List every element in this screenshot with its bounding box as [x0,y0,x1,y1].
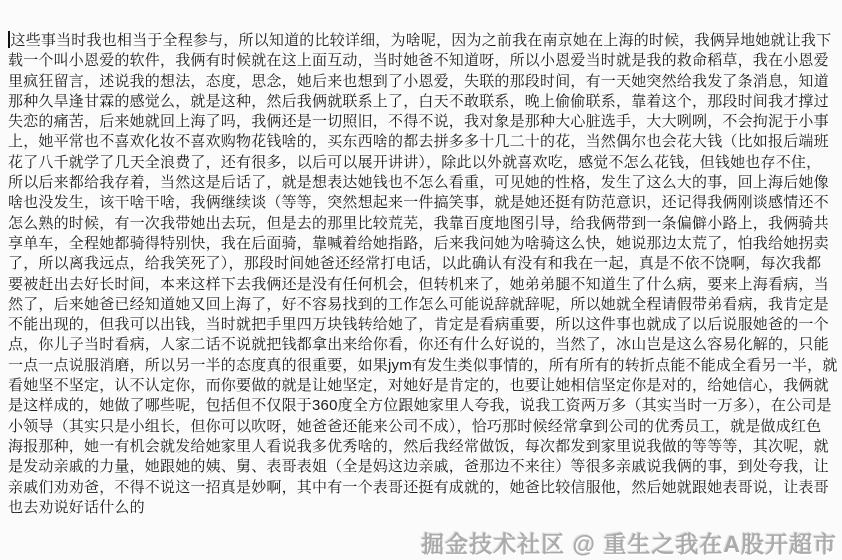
text-cursor [8,31,10,48]
text-line: 里疯狂留言，述说我的想法，态度，思念，她后来也想到了小恩爱，失联的那段时间，有一… [8,72,838,92]
text-line: 然了，后来她爸已经知道她又回上海了，好不容易找到的工作怎么可能说辞就辞呢，所以她… [8,295,838,315]
text-line: 享单车，全程她都骑得特别快，我在后面骑，靠喊着给她指路，后来我问她为啥骑这么快，… [8,234,838,254]
text-line: 所以后来都给我存着，当然这是后话了，就是想表达她钱也不怎么看重，可见她的性格，发… [8,173,838,193]
text-line: 点，你儿子当时看病，人家二话不说就把钱都拿出来给你看，你还有什么好说的，当然了，… [8,335,838,355]
post-body[interactable]: 这些事当时我也相当于全程参与，所以知道的比较详细，为啥呢，因为之前我在南京她在上… [8,31,838,518]
text-line: 怎么熟的时候，有一次我带她出去玩，但是去的那里比较荒芜，我靠百度地图引导，给我俩… [8,214,838,234]
text-line: 是发动亲戚的力量，她跟她的姨、舅、表哥表姐（全是妈这边亲戚，爸那边不来往）等很多… [8,457,838,477]
text-line: 失恋的痛苦，后来她就回上海了吗，我俩还是一切照旧，不得不说，我对象是那种大心脏选… [8,112,838,132]
text-line: 那种久旱逢甘霖的感觉么，就是这种，然后我俩就联系上了，白天不敢联系，晚上偷偷联系… [8,92,838,112]
text-line: 亲戚们劝劝爸，不得不说这一招真是妙啊，其中有一个表哥还挺有成就的，她爸比较信服他… [8,478,838,498]
text-line: 是这样成的，她做了哪些呢，包括但不仅限于360度全方位跟她家里人夸我，说我工资两… [8,396,838,416]
text-line: 要被赶出去好长时间，本来这样下去我俩还是没有任何机会，但转机来了，她弟弟腿不知道… [8,275,838,295]
text-line: 花了八千就学了几天全浪费了，还有很多，以后可以展开讲讲），除此以外就喜欢吃，感觉… [8,153,838,173]
text-line: 也去劝说好话什么的 [8,498,838,518]
watermark: 掘金技术社区 @ 重生之我在A股开超市 [421,526,837,559]
text-line: 这些事当时我也相当于全程参与，所以知道的比较详细，为啥呢，因为之前我在南京她在上… [8,31,838,51]
text-line: 一点一点说服消磨，所以另一半的态度真的很重要，如果jym有发生类似事情的，所有所… [8,356,838,376]
text-line: 上，她平常也不喜欢化妆不喜欢购物花钱啥的，买东西啥的都去拼多多十几二十的花，当然… [8,132,838,152]
page: 这些事当时我也相当于全程参与，所以知道的比较详细，为啥呢，因为之前我在南京她在上… [0,0,842,560]
text-line: 啥也没发生，该干啥干啥，我俩继续谈（等等，突然想起来一件搞笑事，就是她还挺有防范… [8,193,838,213]
text-line: 载一个叫小恩爱的软件，我俩有时候就在这上面互动，当时她爸不知道呀，所以小恩爱当时… [8,51,838,71]
text-line: 海报那种，她一有机会就发给她家里人看说我多优秀啥的，然后我经常做饭，每次都发到家… [8,437,838,457]
text-line: 了，所以离我远点，给我笑死了），那段时间她爸还经常打电话，以此确认有没有和我在一… [8,254,838,274]
text-line: 小领导（其实只是小组长，但你可以吹呀，她爸爸还能来公司不成），恰巧那时候经常拿到… [8,417,838,437]
text-line: 不能出现的，但我可以出钱，当时就把手里四万块钱转给她了，肯定是看病重要，所以这件… [8,315,838,335]
text-line: 看她坚不坚定，认不认定你，而你要做的就是让她坚定，对她好是肯定的，也要让她相信坚… [8,376,838,396]
